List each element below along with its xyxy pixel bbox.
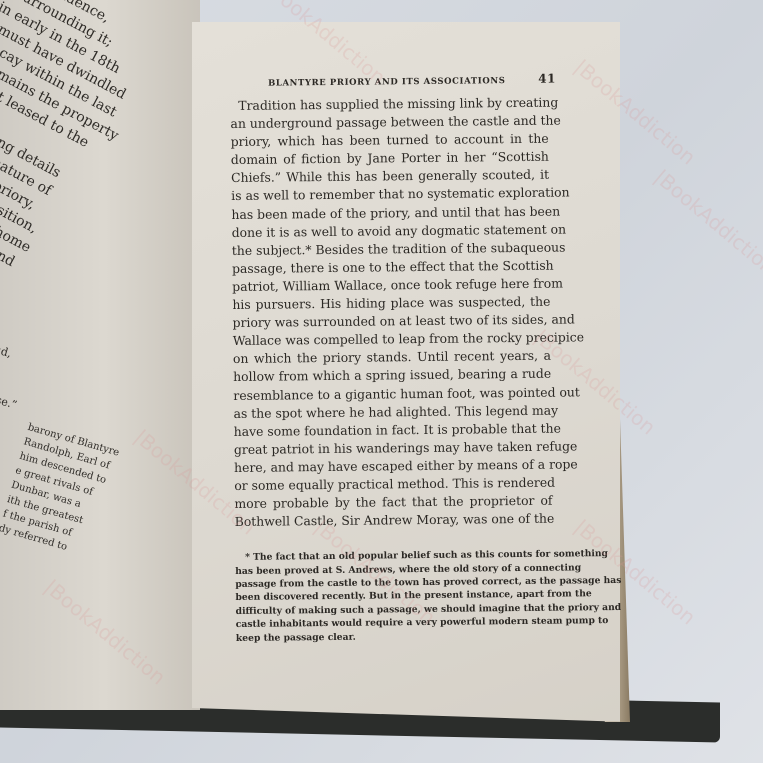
text-line: Bothwell Castle, Sir Andrew Moray, was o… bbox=[235, 510, 553, 531]
body-text: Tradition has supplied the missing link … bbox=[230, 94, 553, 532]
running-head-title: BLANTYRE PRIORY AND ITS ASSOCIATIONS bbox=[268, 76, 505, 88]
running-head: BLANTYRE PRIORY AND ITS ASSOCIATIONS 41 bbox=[268, 72, 548, 89]
footnote: * The fact that an old popular belief su… bbox=[235, 548, 554, 645]
watermark: |BookAddiction bbox=[650, 165, 763, 280]
page-number: 41 bbox=[538, 72, 556, 86]
right-page-content: BLANTYRE PRIORY AND ITS ASSOCIATIONS 41 … bbox=[230, 72, 554, 645]
left-page: private residence, ards surrounding it; … bbox=[0, 0, 200, 710]
